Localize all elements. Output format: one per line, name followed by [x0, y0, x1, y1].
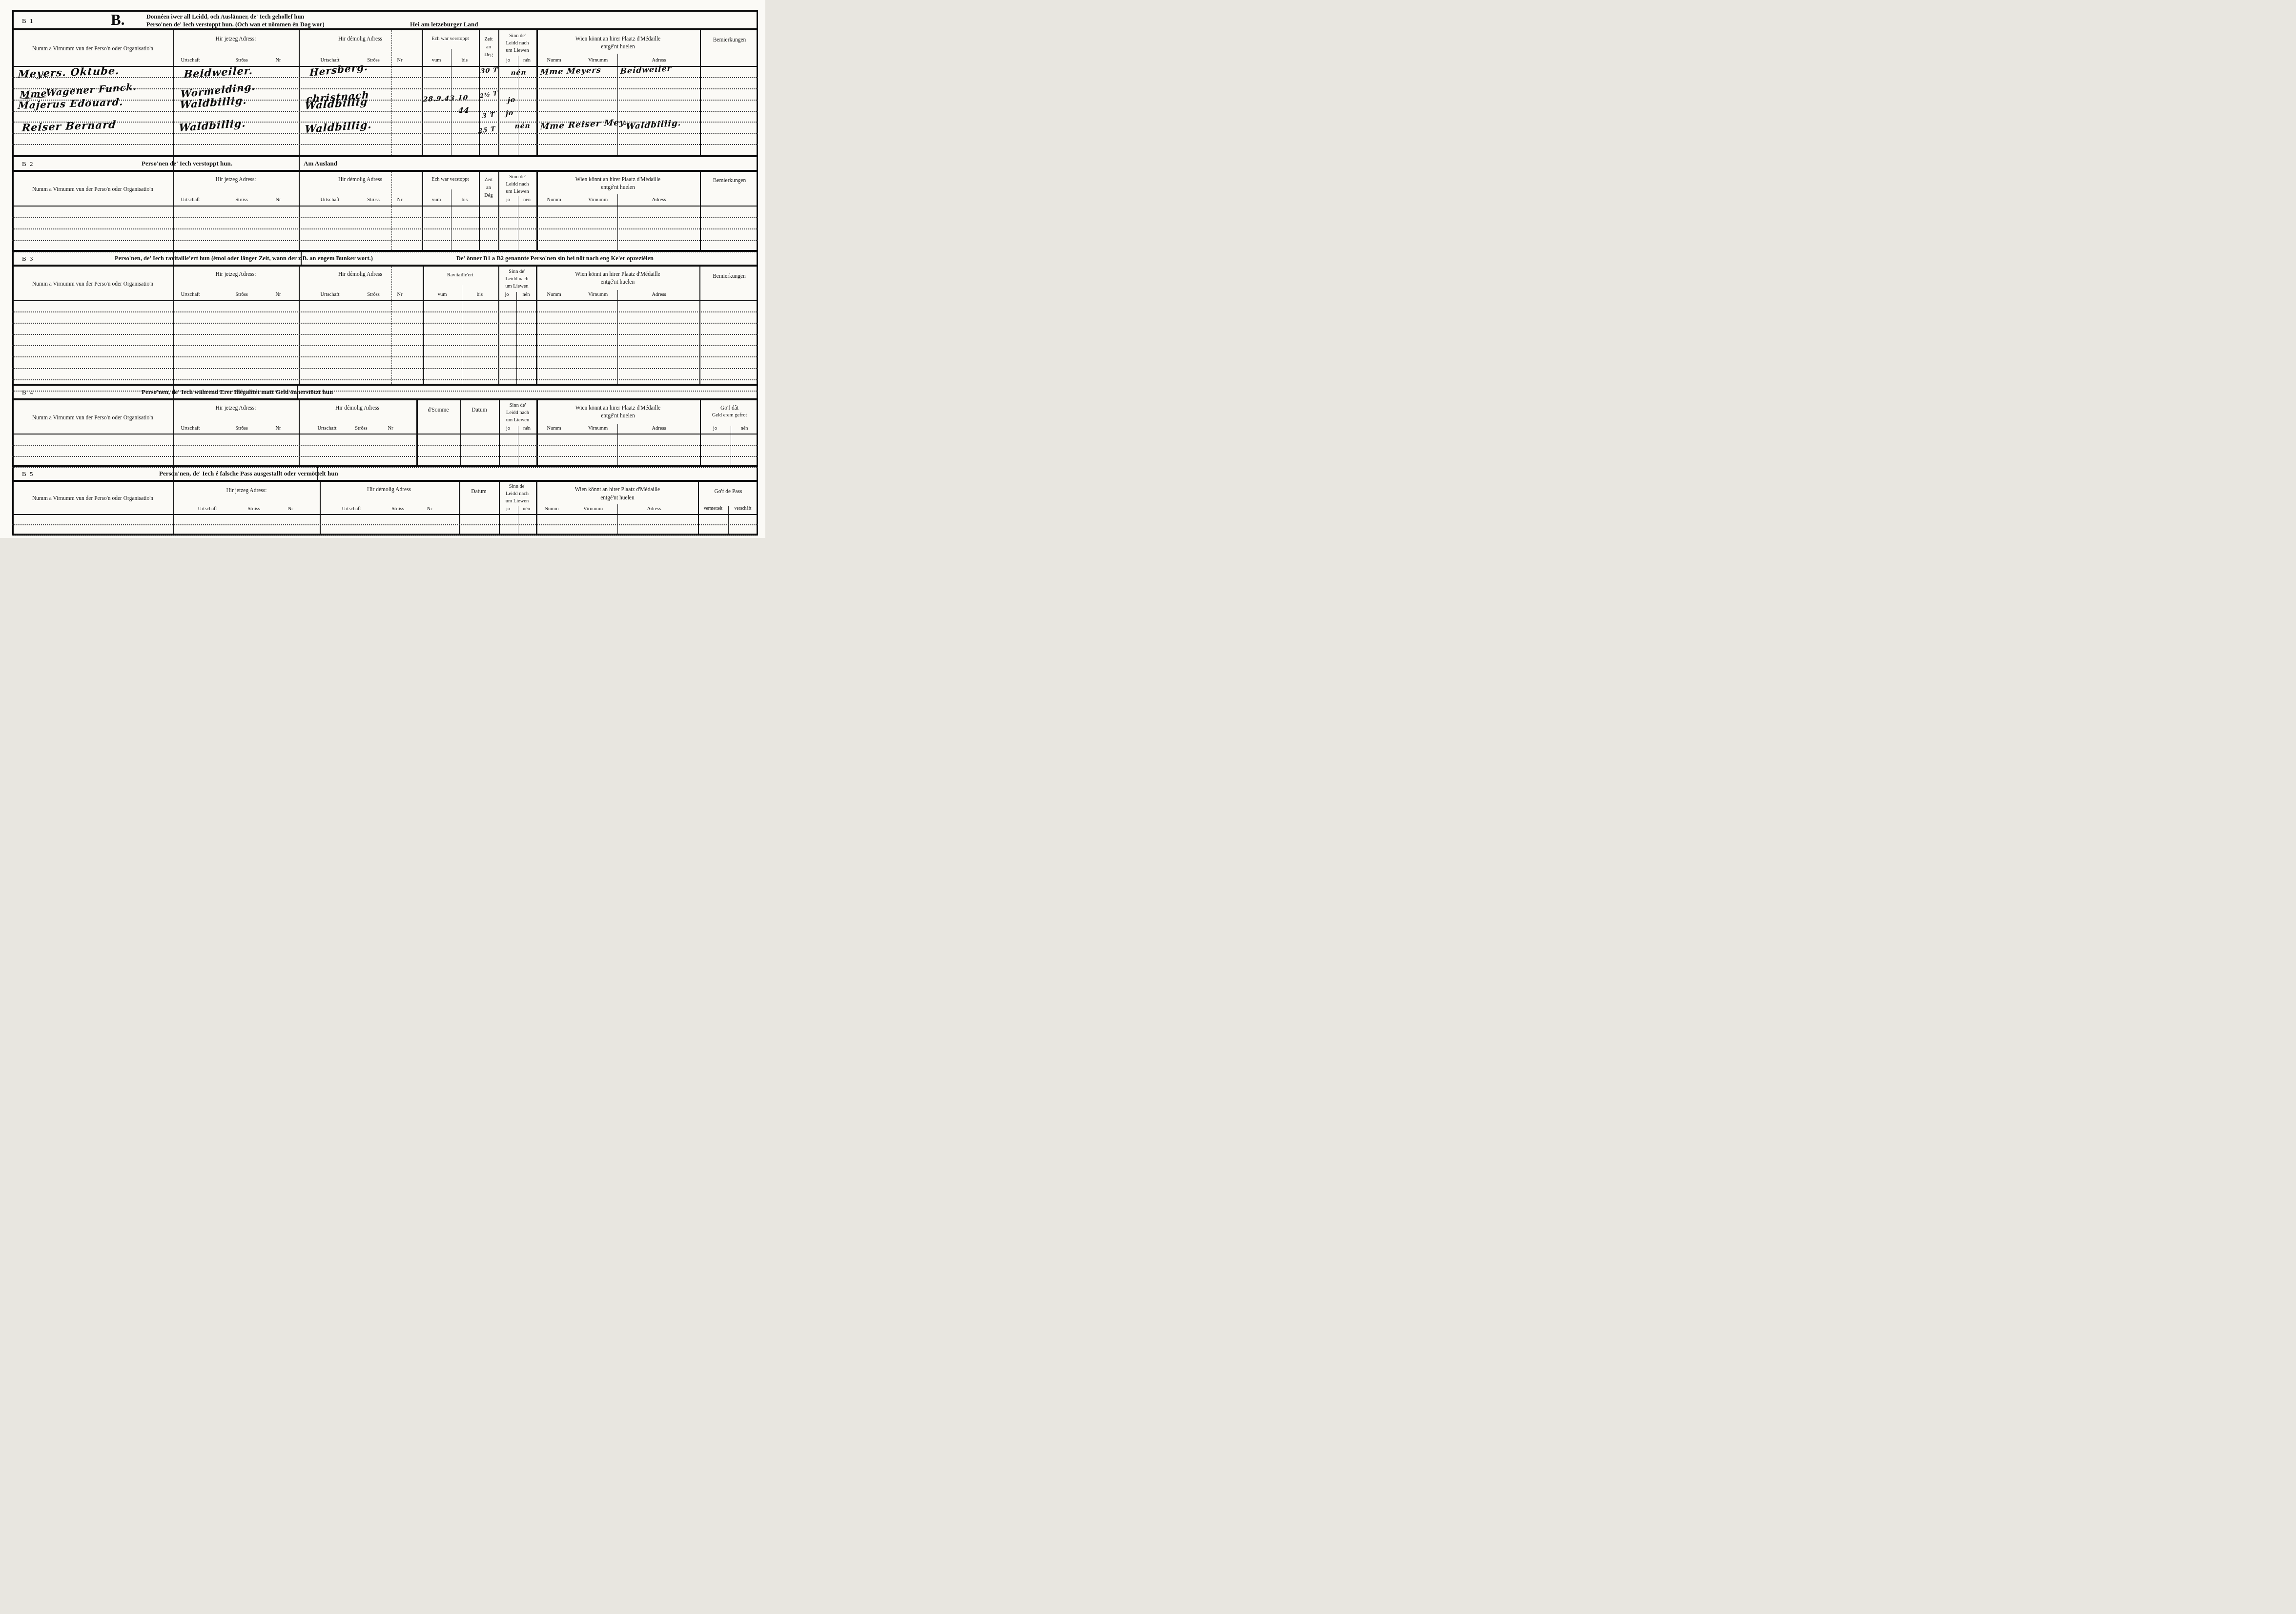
sub-header-nr: Nr — [415, 506, 444, 512]
col-header-zeit: an — [479, 185, 498, 191]
sub-header-bis: bis — [450, 197, 479, 203]
sub-header-jo: jo — [498, 58, 518, 63]
sub-header-nr: Nr — [385, 197, 414, 203]
col-header-gof-geld: Go'f dât — [701, 405, 758, 412]
section-b2-id: B 2 — [22, 160, 34, 168]
sub-header-jo: jo — [497, 292, 516, 298]
sub-header-nr: Nr — [264, 426, 293, 432]
col-header-sinn: Sinn de' — [498, 484, 536, 490]
sub-header-bis: bis — [465, 292, 494, 298]
writing-line — [12, 435, 758, 446]
col-header-wien: Wien könnt an hirer Plaatz d'Médaille — [543, 271, 692, 278]
col-header-zeit: an — [479, 44, 498, 50]
col-header-former-address: Hir démolig Adress — [311, 36, 409, 42]
col-header-wien: Wien könnt an hirer Plaatz d'Médaille — [544, 36, 692, 42]
writing-line — [12, 525, 758, 536]
col-header-wien: entgé'nt huelen — [544, 185, 692, 191]
col-header-name: Numm a Virnumm vun der Perso'n oder Orga… — [20, 415, 166, 421]
col-header-name: Numm a Virnumm vun der Perso'n oder Orga… — [20, 281, 166, 288]
sub-header-nr: Nr — [385, 58, 414, 63]
sub-header-jo: jo — [498, 197, 518, 203]
section-b5-id: B 5 — [22, 470, 34, 478]
section-b3-title-band: B 3 Perso'nen, de' Iech ravitaille'ert h… — [12, 252, 758, 265]
col-header-ravitailleert: Ravitaille'ert — [426, 272, 494, 278]
section-b1-table: Numm a Virnumm vun der Perso'n oder Orga… — [12, 30, 758, 155]
col-header-wien: entgé'nt huelen — [542, 495, 693, 501]
col-header-sinn: Leidd nach — [499, 410, 536, 416]
section-b1-title-band: B 1 B. Donnéen iwer all Leidd, och Auslä… — [12, 12, 758, 28]
section-b1-id: B 1 — [22, 17, 34, 25]
col-header-current-address: Hir jetzeg Adress: — [187, 405, 285, 412]
sub-header-adress: Adress — [639, 426, 678, 432]
writing-line — [12, 207, 758, 218]
sub-header-nr: Nr — [376, 426, 405, 432]
form-title-place: Hei am letzeburger Land — [410, 21, 478, 28]
sub-header-urtschaft: Urtschaft — [310, 292, 349, 298]
sub-header-virnumm: Virnumm — [574, 506, 613, 512]
entry-rows — [12, 207, 758, 250]
col-header-former-address: Hir démolig Adress — [311, 177, 409, 183]
sub-header-numm: Numm — [539, 197, 569, 203]
writing-line — [12, 89, 758, 101]
section-b5-title: Person'nen, de' Iech é falsche Pass ausg… — [159, 470, 338, 477]
entry-rows — [12, 515, 758, 534]
col-header-former-address: Hir démolig Adress — [308, 405, 406, 412]
col-header-datum: Datum — [460, 407, 499, 414]
sub-header-urtschaft: Urtschaft — [310, 58, 349, 63]
section-b2-table: Numm a Virnumm vun der Perso'n oder Orga… — [12, 172, 758, 250]
sub-header-bis: bis — [450, 58, 479, 63]
col-header-gof-geld: Geld erem gefrot — [701, 413, 758, 418]
col-header-wien: Wien könnt an hirer Plaatz d'Médaille — [544, 177, 692, 183]
col-header-bemierkungen: Bemierkungen — [701, 178, 758, 184]
writing-line — [12, 123, 758, 134]
sub-header-verschaft: verschâft — [728, 506, 758, 512]
scanned-form-page: B 1 B. Donnéen iwer all Leidd, och Auslä… — [0, 0, 765, 538]
sub-header-nen: nén — [517, 58, 536, 63]
sub-header-nen: nén — [517, 197, 536, 203]
form-title-line1: Donnéen iwer all Leidd, och Auslänner, d… — [146, 13, 304, 21]
sub-header-nen: nén — [516, 292, 536, 298]
writing-line — [12, 369, 758, 380]
col-header-wien: entgé'nt huelen — [544, 44, 692, 50]
sub-header-numm: Numm — [539, 426, 569, 432]
col-header-sinn: Sinn de' — [498, 174, 536, 180]
sub-header-virnumm: Virnumm — [578, 426, 617, 432]
sub-header-vermettelt: vermettelt — [698, 506, 728, 512]
section-b4-table: Numm a Virnumm vun der Perso'n oder Orga… — [12, 400, 758, 465]
col-header-name: Numm a Virnumm vun der Perso'n oder Orga… — [20, 186, 166, 193]
sub-header-stross: Strôss — [222, 426, 261, 432]
column-divider — [299, 157, 300, 170]
sub-header-adress: Adress — [639, 197, 678, 203]
sub-header-vum: vum — [422, 197, 451, 203]
col-header-sinn: Sinn de' — [498, 33, 536, 39]
sub-header-jo: jo — [498, 506, 518, 512]
writing-line — [12, 229, 758, 241]
sub-header-virnumm: Virnumm — [578, 58, 617, 63]
col-header-sinn: um Liewen — [499, 417, 536, 423]
col-header-former-address: Hir démolig Adress — [340, 487, 438, 493]
col-header-zeit: Zeit — [479, 177, 498, 183]
sub-header-stross: Strôss — [234, 506, 273, 512]
col-header-sinn: Leidd nach — [498, 41, 536, 46]
sub-header-virnumm: Virnumm — [578, 292, 617, 298]
col-header-sinn: um Liewen — [498, 284, 536, 290]
section-b3-id: B 3 — [22, 255, 34, 263]
col-header-wien: entgé'nt huelen — [543, 279, 692, 286]
sub-header-vum: vum — [428, 292, 457, 298]
section-b2-title-band: B 2 Perso'nen de' Iech verstoppt hun. Am… — [12, 157, 758, 170]
col-header-hidden: Ech war verstoppt — [423, 177, 478, 183]
col-header-sinn: Sinn de' — [499, 403, 536, 409]
col-header-current-address: Hir jetzeg Adress: — [187, 177, 285, 183]
sub-header-adress: Adress — [635, 506, 674, 512]
sub-header-virnumm: Virnumm — [578, 197, 617, 203]
sub-header-urtschaft: Urtschaft — [171, 426, 210, 432]
entry-rows — [12, 67, 758, 155]
col-header-gof-pass: Go'f de Pass — [698, 489, 758, 495]
col-header-dsomme: d'Somme — [414, 407, 463, 414]
sub-header-nen: nén — [732, 426, 757, 432]
col-header-current-address: Hir jetzeg Adress: — [187, 271, 285, 278]
sub-header-stross: Strôss — [378, 506, 417, 512]
col-header-current-address: Hir jetzeg Adress: — [187, 36, 285, 42]
sub-header-nen: nén — [517, 426, 536, 432]
col-header-wien: Wien könnt an hirer Plaatz d'Médaille — [544, 405, 692, 412]
sub-header-adress: Adress — [639, 292, 678, 298]
writing-line — [12, 67, 758, 78]
col-header-zeit: Dég — [479, 52, 498, 58]
col-header-sinn: Leidd nach — [498, 491, 536, 497]
writing-line — [12, 324, 758, 335]
col-header-bemierkungen: Bemierkungen — [701, 37, 758, 43]
col-header-wien: entgé'nt huelen — [544, 413, 692, 419]
sub-header-jo: jo — [498, 426, 518, 432]
entry-rows — [12, 435, 758, 465]
sub-header-vum: vum — [422, 58, 451, 63]
section-b5-title-band: B 5 Person'nen, de' Iech é falsche Pass … — [12, 467, 758, 480]
form-letter: B. — [111, 11, 124, 29]
writing-line — [12, 346, 758, 357]
sub-header-stross: Strôss — [222, 58, 261, 63]
sub-header-urtschaft: Urtschaft — [171, 197, 210, 203]
section-b4-id: B 4 — [22, 389, 34, 396]
col-header-sinn: um Liewen — [498, 48, 536, 54]
col-header-name: Numm a Virnumm vun der Perso'n oder Orga… — [20, 46, 166, 52]
col-header-name: Numm a Virnumm vun der Perso'n oder Orga… — [20, 496, 166, 502]
section-b4-title: Perso'nen, de' Iech während Erer Illégal… — [142, 388, 333, 396]
sub-header-numm: Numm — [537, 506, 566, 512]
writing-line — [12, 101, 758, 112]
writing-line — [12, 446, 758, 457]
col-header-datum: Datum — [459, 489, 498, 495]
sub-header-stross: Strôss — [342, 426, 381, 432]
sub-header-jo: jo — [701, 426, 729, 432]
col-header-sinn: um Liewen — [498, 189, 536, 195]
sub-header-urtschaft: Urtschaft — [310, 197, 349, 203]
section-b2-title: Perso'nen de' Iech verstoppt hun. — [142, 160, 232, 167]
sub-header-urtschaft: Urtschaft — [332, 506, 371, 512]
writing-line — [12, 78, 758, 89]
sub-header-nr: Nr — [264, 292, 293, 298]
writing-line — [12, 515, 758, 525]
col-header-sinn: Leidd nach — [498, 276, 536, 282]
col-header-zeit: Dég — [479, 193, 498, 199]
sub-header-stross: Strôss — [222, 292, 261, 298]
section-b2-place: Am Ausland — [304, 160, 337, 167]
sub-header-nr: Nr — [276, 506, 305, 512]
col-header-sinn: Sinn de' — [498, 269, 536, 275]
sub-header-nr: Nr — [385, 292, 414, 298]
sub-header-urtschaft: Urtschaft — [171, 58, 210, 63]
writing-line — [12, 335, 758, 346]
writing-line — [12, 312, 758, 324]
sub-header-stross: Strôss — [222, 197, 261, 203]
section-b3-table: Numm a Virnumm vun der Perso'n oder Orga… — [12, 267, 758, 384]
form-title-line2: Perso'nen de' Iech verstoppt hun. (Och w… — [146, 21, 325, 28]
col-header-current-address: Hir jetzeg Adress: — [198, 488, 295, 494]
col-header-former-address: Hir démolig Adress — [311, 271, 409, 278]
col-header-hidden: Ech war verstoppt — [423, 36, 478, 42]
writing-line — [12, 218, 758, 230]
col-header-sinn: Leidd nach — [498, 182, 536, 187]
sub-header-numm: Numm — [539, 58, 569, 63]
section-b5-table: Numm a Virnumm vun der Perso'n oder Orga… — [12, 482, 758, 534]
col-header-bemierkungen: Bemierkungen — [700, 273, 758, 280]
section-b3-title: Perso'nen, de' Iech ravitaille'ert hun (… — [115, 255, 373, 262]
writing-line — [12, 112, 758, 123]
sub-header-nen: nén — [517, 506, 536, 512]
writing-line — [12, 134, 758, 145]
writing-line — [12, 357, 758, 369]
col-header-zeit: Zeit — [479, 37, 498, 42]
section-b4-title-band: B 4 Perso'nen, de' Iech während Erer Ill… — [12, 386, 758, 398]
sub-header-urtschaft: Urtschaft — [188, 506, 227, 512]
entry-rows — [12, 301, 758, 384]
writing-line — [12, 301, 758, 312]
sub-header-adress: Adress — [639, 58, 678, 63]
sub-header-urtschaft: Urtschaft — [171, 292, 210, 298]
section-b3-title2: De' önner B1 a B2 genannte Perso'nen sin… — [456, 255, 654, 262]
col-header-sinn: um Liewen — [498, 498, 536, 504]
sub-header-nr: Nr — [264, 197, 293, 203]
writing-line — [12, 145, 758, 156]
sub-header-urtschaft: Urtschaft — [307, 426, 347, 432]
col-header-wien: Wien könnt an hirer Plaatz d'Médaille — [542, 487, 693, 493]
sub-header-nr: Nr — [264, 58, 293, 63]
sub-header-numm: Numm — [539, 292, 569, 298]
